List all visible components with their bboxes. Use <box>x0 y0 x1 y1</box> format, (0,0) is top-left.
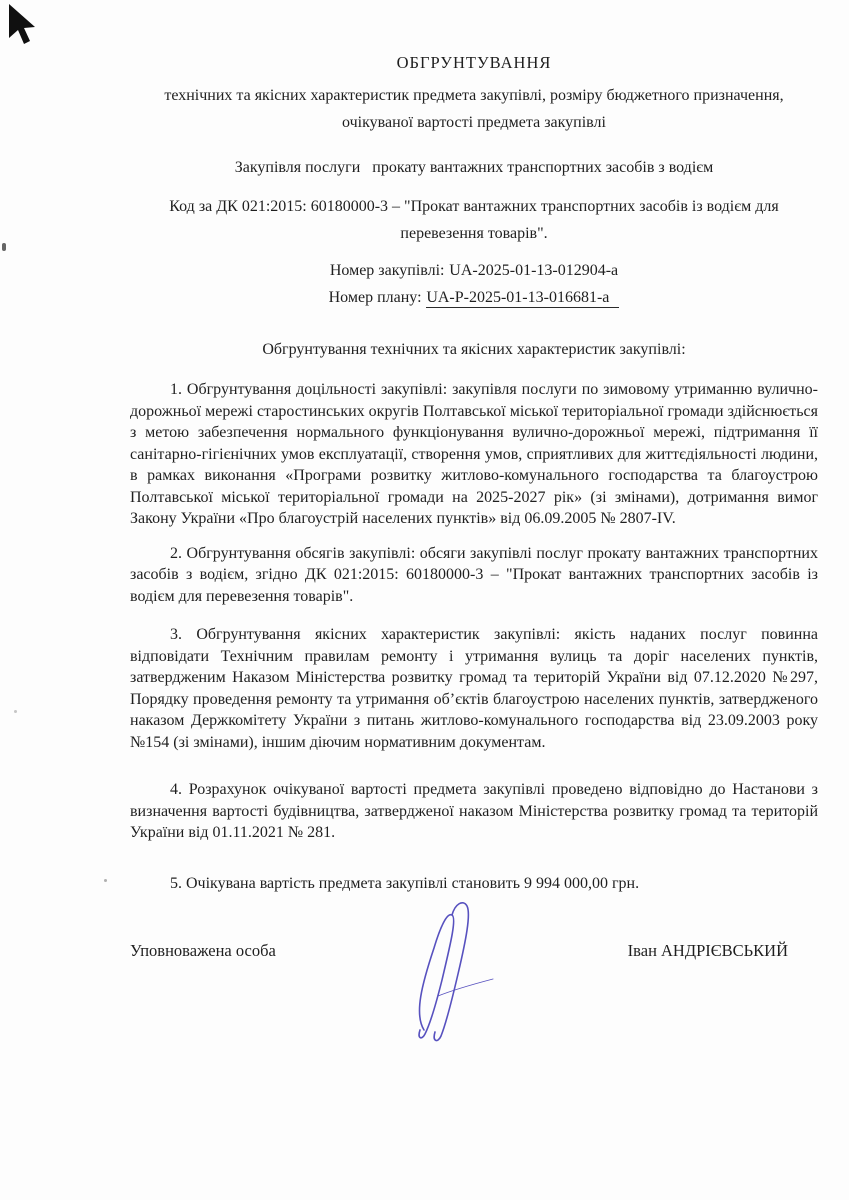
section-heading: Обгрунтування технічних та якісних харак… <box>130 336 818 363</box>
scan-speck <box>2 243 6 251</box>
plan-number-label: Номер плану: <box>329 289 422 306</box>
document-subtitle: технічних та якісних характеристик предм… <box>130 82 818 136</box>
document-page: ОБГРУНТУВАННЯ технічних та якісних харак… <box>0 0 849 1200</box>
procurement-numbers-block: Номер закупівлі:UA-2025-01-13-012904-a Н… <box>130 257 818 311</box>
cursor-arrow-icon <box>8 4 42 46</box>
cursor-arrow-shape <box>9 4 35 44</box>
signature-stroke-left-loop <box>419 915 454 1038</box>
scan-speck <box>104 879 107 882</box>
dk-code-line-2: перевезення товарів". <box>130 220 818 247</box>
document-title: ОБГРУНТУВАННЯ <box>130 52 818 74</box>
dk-code-block: Код за ДК 021:2015: 60180000-3 – "Прокат… <box>130 193 818 247</box>
scan-speck <box>14 710 17 713</box>
signature-stroke-diagonal <box>438 979 493 996</box>
subtitle-line-1: технічних та якісних характеристик предм… <box>130 82 818 109</box>
purchase-number-value: UA-2025-01-13-012904-a <box>449 262 618 279</box>
plan-number-value: UA-P-2025-01-13-016681-a <box>426 289 619 308</box>
signature-stroke-right-loop <box>434 903 468 1041</box>
paragraph-volumes: 2. Обгрунтування обсягів закупівлі: обся… <box>130 543 818 608</box>
signatory-name: Іван АНДРІЄВСЬКИЙ <box>628 940 788 962</box>
signatory-role: Уповноважена особа <box>130 940 276 962</box>
purchase-number-label: Номер закупівлі: <box>330 262 445 279</box>
plan-number-line: Номер плану:UA-P-2025-01-13-016681-a <box>130 284 818 311</box>
purchase-number-line: Номер закупівлі:UA-2025-01-13-012904-a <box>130 257 818 284</box>
dk-code-line-1: Код за ДК 021:2015: 60180000-3 – "Прокат… <box>130 193 818 220</box>
paragraph-feasibility: 1. Обгрунтування доцільності закупівлі: … <box>130 379 818 530</box>
document-content: ОБГРУНТУВАННЯ технічних та якісних харак… <box>130 0 818 962</box>
handwritten-signature <box>398 898 508 1048</box>
paragraph-expected-value: 5. Очікувана вартість предмета закупівлі… <box>130 873 818 895</box>
procurement-subject-line: Закупівля послуги прокату вантажних тран… <box>130 154 818 181</box>
paragraph-cost-calculation: 4. Розрахунок очікуваної вартості предме… <box>130 779 818 844</box>
subtitle-line-2: очікуваної вартості предмета закупівлі <box>130 109 818 136</box>
paragraph-quality: 3. Обгрунтування якісних характеристик з… <box>130 624 818 753</box>
